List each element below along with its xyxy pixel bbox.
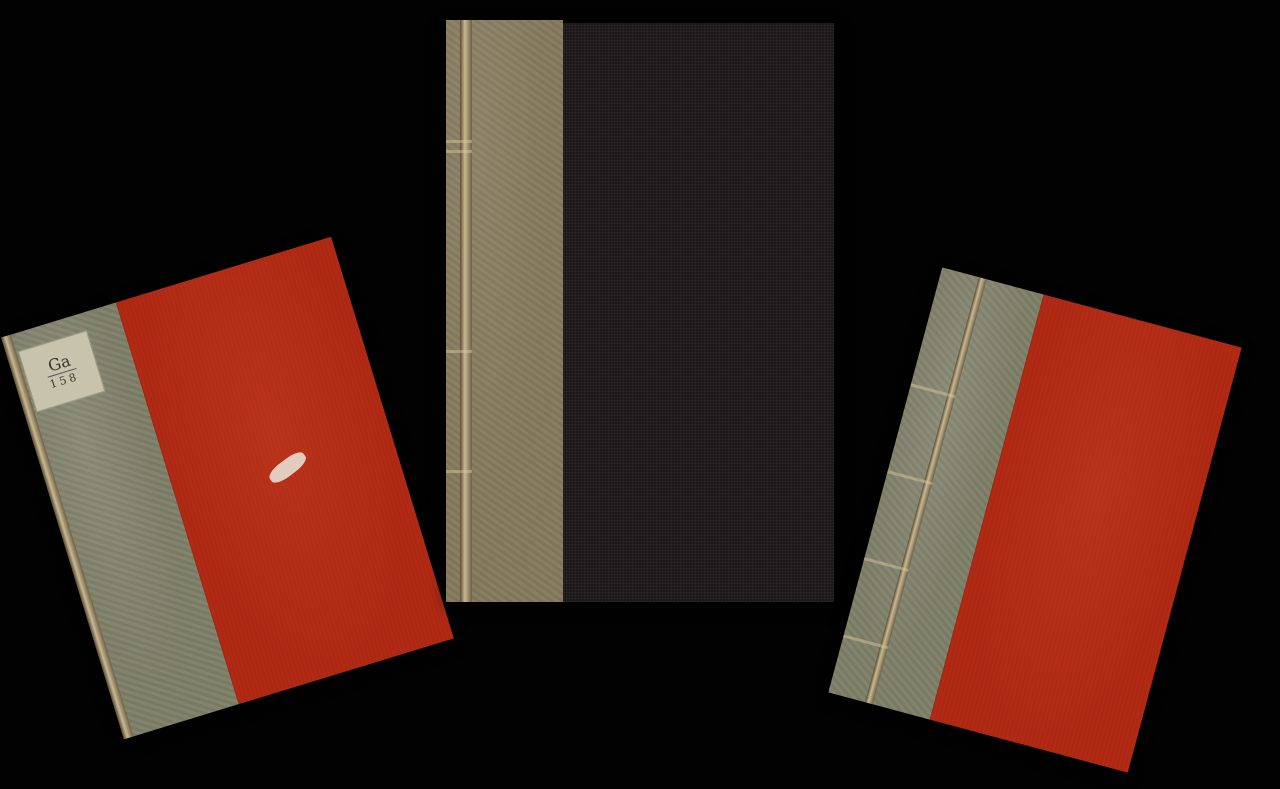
book-left: Ga 158 xyxy=(1,237,454,740)
book-center-spine-edge xyxy=(460,20,472,602)
book-center xyxy=(446,20,834,602)
spine-band xyxy=(446,140,472,143)
book-center-cover-cloth xyxy=(563,23,834,602)
spine-band xyxy=(446,350,472,353)
book-right xyxy=(828,267,1241,772)
photo-scene: Ga 158 xyxy=(0,0,1280,789)
spine-band xyxy=(446,150,472,153)
spine-band xyxy=(446,470,472,473)
